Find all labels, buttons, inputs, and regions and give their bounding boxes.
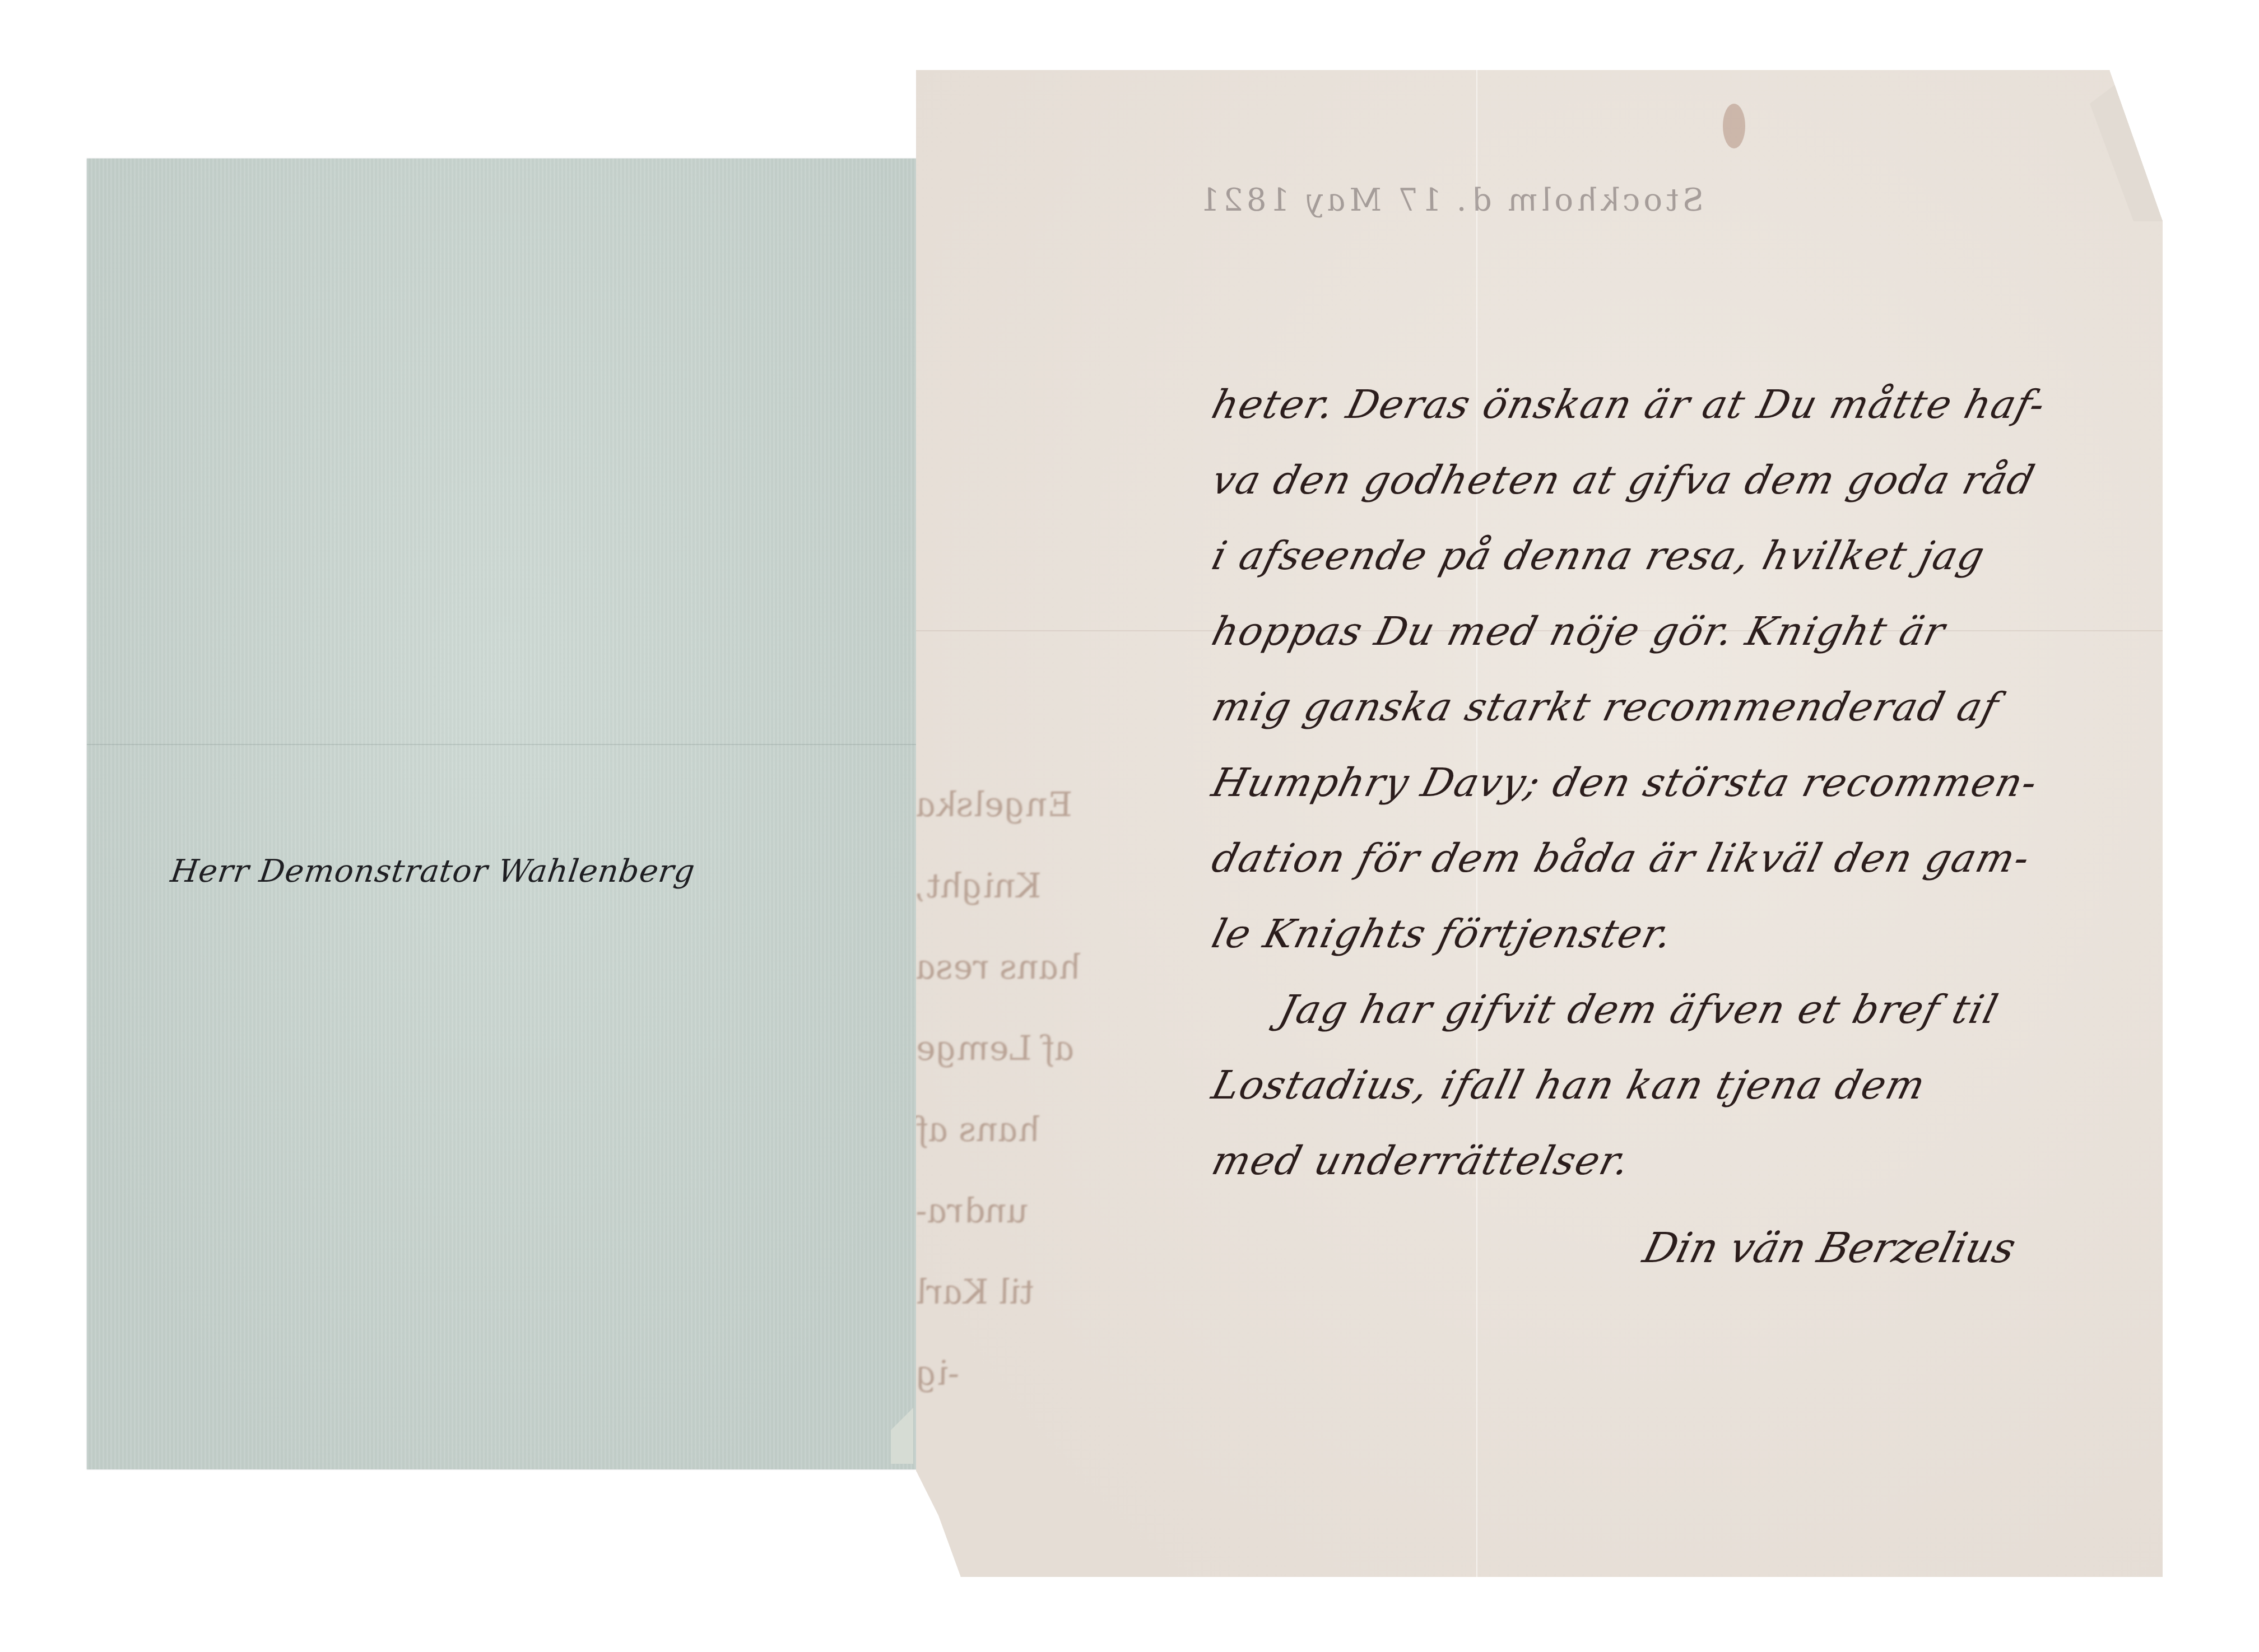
- letter-line: va den godheten at gifva dem goda råd: [1203, 443, 2175, 518]
- signature-name: Berzelius: [1813, 1224, 2021, 1272]
- letter-line: heter. Deras önskan är at Du måtte haf-: [1203, 367, 2175, 443]
- letter-signature-block: Din vän Berzelius: [1638, 1224, 2020, 1272]
- ink-stain: [1723, 104, 1745, 148]
- letter-line: mig ganska starkt recommenderad af: [1203, 669, 2175, 745]
- envelope-cover-sheet: Herr Demonstrator Wahlenberg: [87, 159, 919, 1469]
- bleed-line: til Karl: [908, 1252, 1373, 1333]
- letter-line: hoppas Du med nöje gör. Knight är: [1203, 594, 2175, 669]
- letter-line: med underrättelser.: [1203, 1123, 2175, 1199]
- letter-folded-corner: [2090, 70, 2163, 221]
- letter-line: Humphry Davy; den största recommen-: [1203, 745, 2175, 821]
- letter-line: dation för dem båda är likväl den gam-: [1203, 821, 2175, 896]
- bleed-line: -ig: [908, 1333, 1373, 1414]
- envelope-address: Herr Demonstrator Wahlenberg: [168, 853, 697, 890]
- letter-line: Jag har gifvit dem äfven et bref til: [1203, 972, 2175, 1048]
- closing-text: Din vän: [1638, 1224, 1811, 1272]
- letter-body: heter. Deras önskan är at Du måtte haf- …: [1213, 367, 2165, 1199]
- letter-dateline-mirrored: Stockholm d. 17 May 1821: [1193, 182, 1707, 218]
- letter-line: Lostadius, ifall han kan tjena dem: [1203, 1048, 2175, 1123]
- envelope-folded-corner: [891, 1408, 913, 1464]
- envelope-fold-line: [87, 744, 919, 745]
- letter-line: le Knights förtjenster.: [1203, 896, 2175, 972]
- letter-line: i afseende på denna resa, hvilket jag: [1203, 518, 2175, 594]
- letter-page: Stockholm d. 17 May 1821 Engelska Knight…: [916, 70, 2163, 1577]
